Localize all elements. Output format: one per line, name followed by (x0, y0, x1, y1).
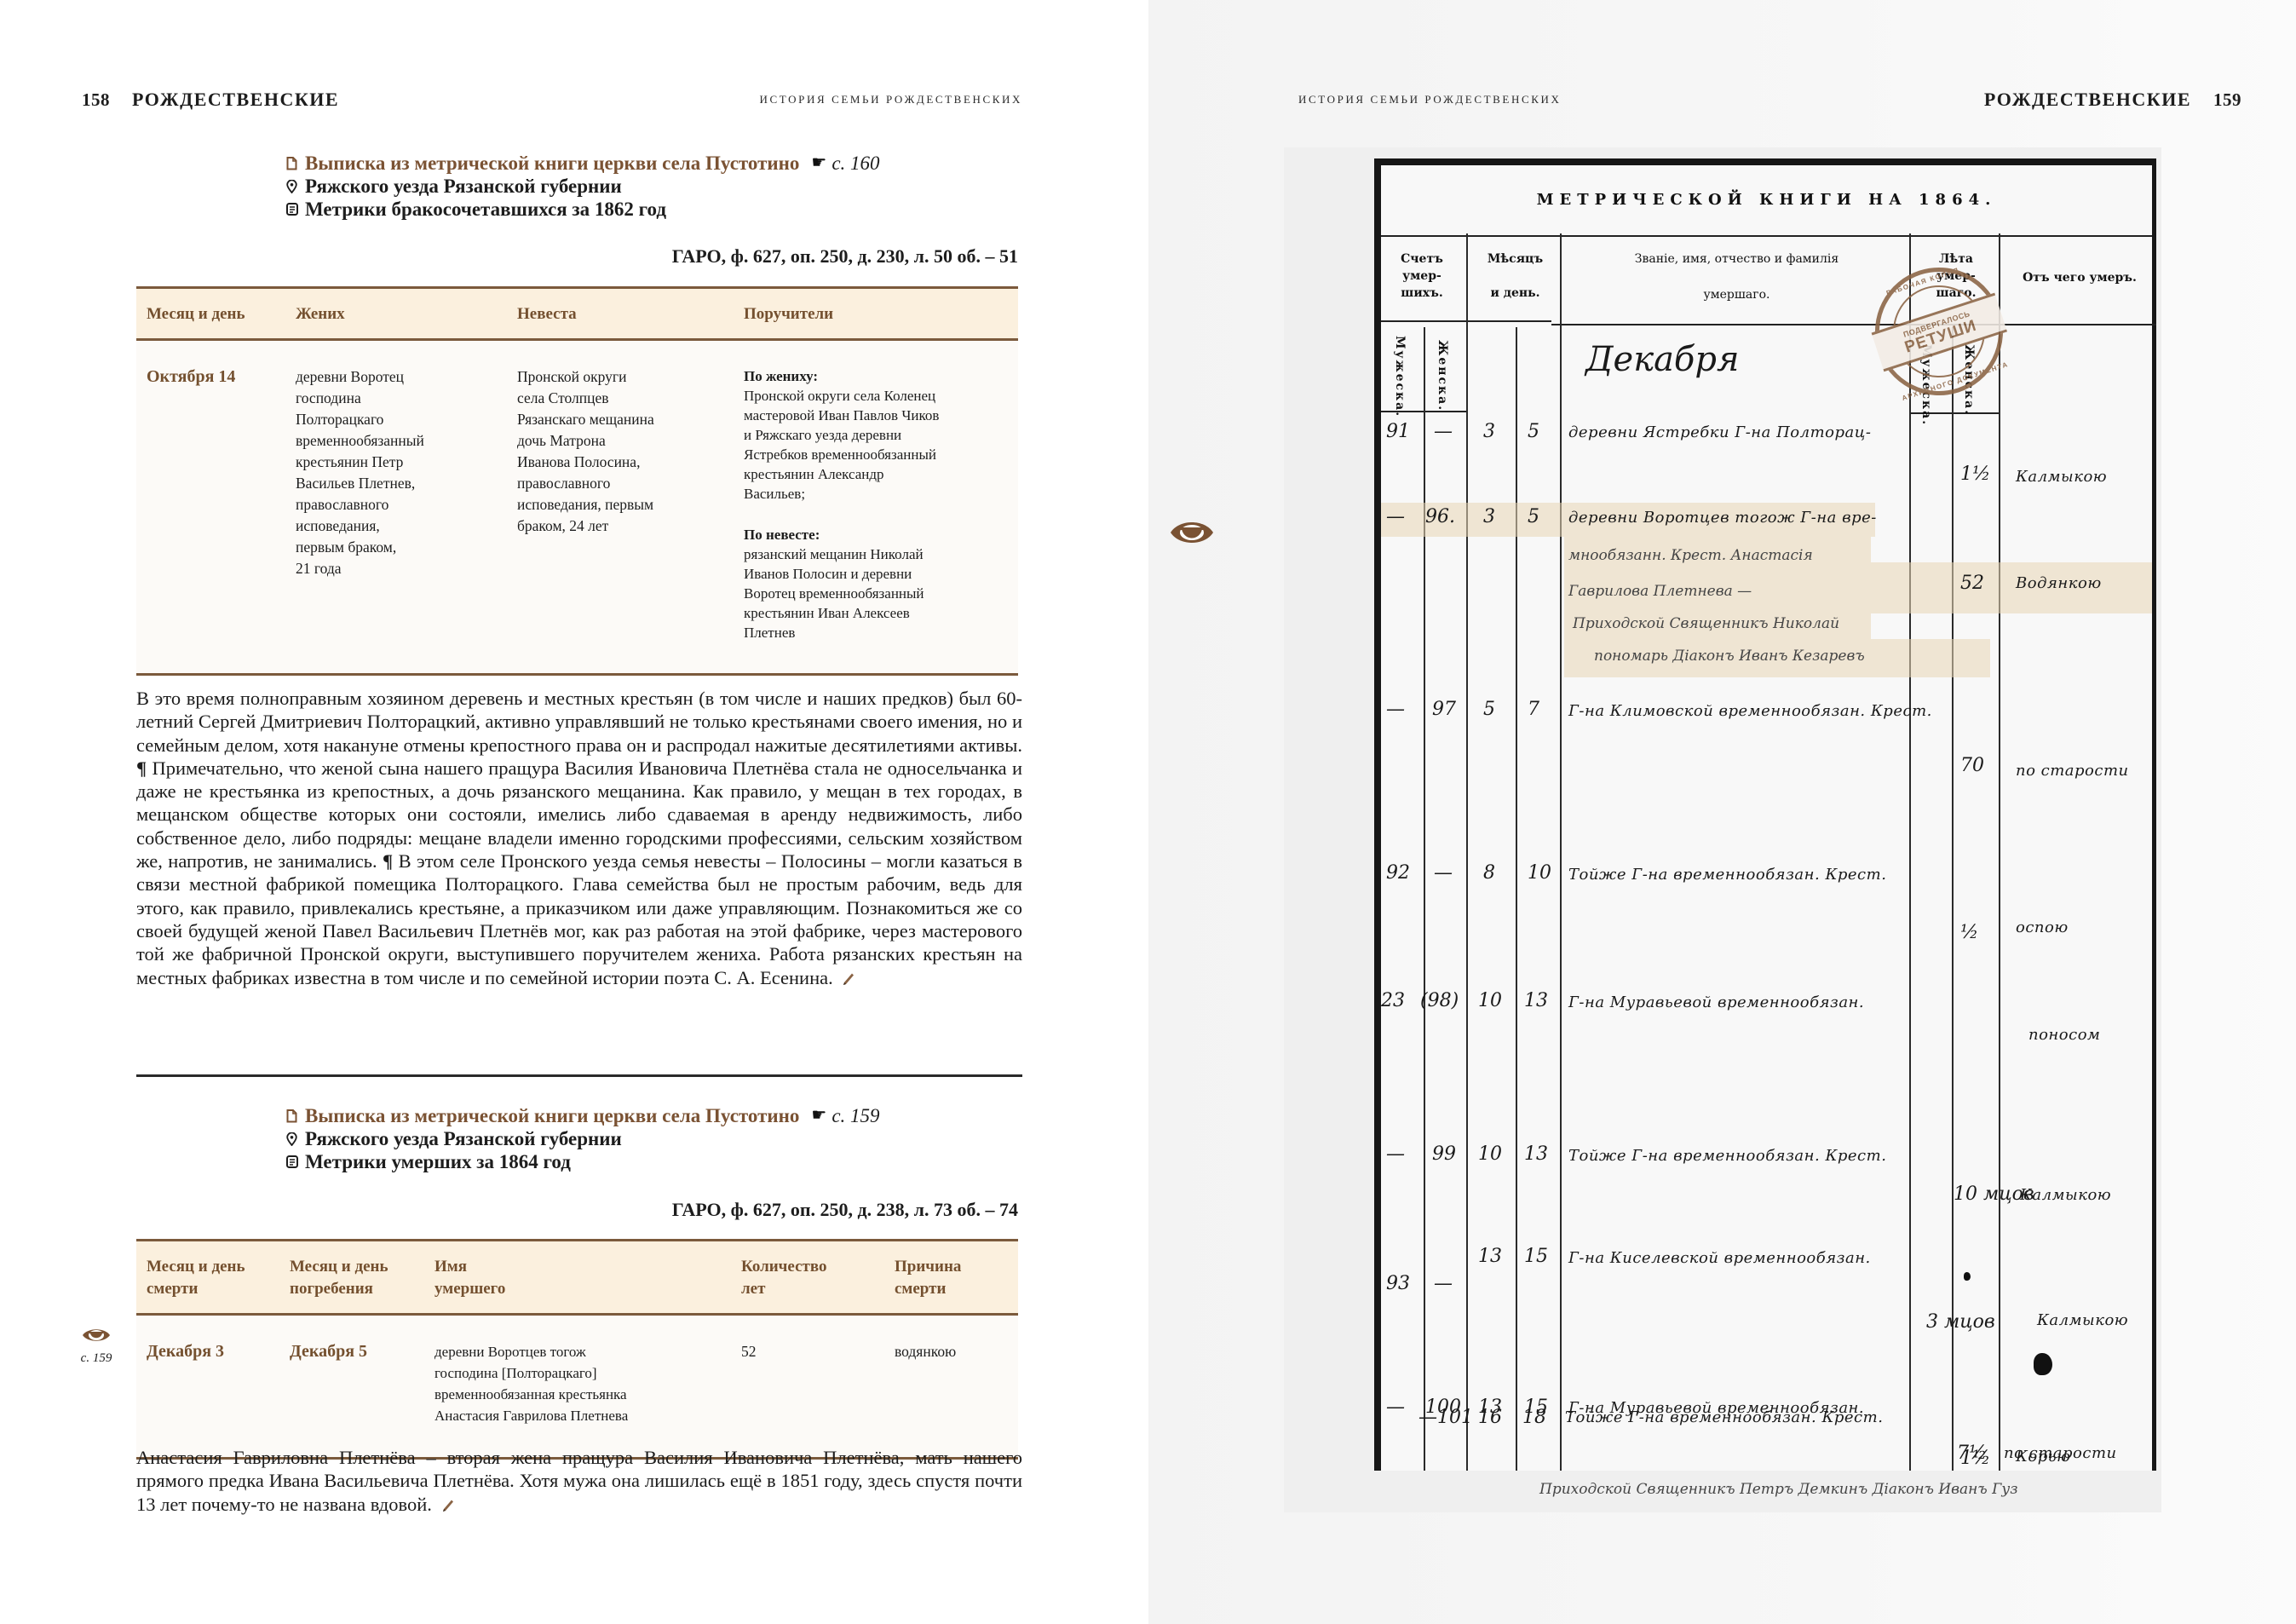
location-pin-icon (285, 179, 298, 193)
column-header: Месяц и день (136, 288, 285, 340)
column-header: Поручители (734, 288, 1018, 340)
pilcrow-mark: ¶ (136, 757, 147, 779)
bride-cell: Пронской округи села Столпцев Рязанскаго… (507, 340, 734, 675)
pointing-hand-icon: ☛ (811, 152, 826, 175)
table-row: Декабря 3 Декабря 5 деревни Воротцев тог… (136, 1315, 1018, 1459)
margin-note[interactable]: с. 159 (75, 1326, 118, 1366)
pointing-hand-icon: ☛ (811, 1104, 826, 1127)
excerpt-heading-1: Выписка из метрической книги церкви села… (285, 152, 1018, 221)
excerpt-title: Выписка из метрической книги церкви села… (305, 152, 799, 175)
register-subcolumn: Женска. (1436, 340, 1449, 412)
register-column-header: Счетъумер-шихъ. (1388, 251, 1456, 302)
handwritten-month: Декабря (1585, 340, 1739, 379)
register-icon (285, 202, 298, 216)
eye-icon (82, 1326, 111, 1345)
excerpt-title: Выписка из метрической книги церкви села… (305, 1104, 799, 1127)
running-title: РОЖДЕСТВЕНСКИЕ (132, 89, 339, 111)
guarantors-cell: По жениху: Пронской округи села Коленец … (734, 340, 1018, 675)
margin-page-ref: с. 159 (75, 1351, 118, 1366)
column-header: Жених (285, 288, 507, 340)
pencil-icon (442, 1494, 454, 1508)
archive-reference-2: ГАРО, ф. 627, оп. 250, д. 238, л. 73 об.… (672, 1199, 1018, 1221)
document-icon (285, 156, 298, 170)
running-header-left: 158 РОЖДЕСТВЕНСКИЕ (82, 89, 339, 111)
location-pin-icon (285, 1132, 298, 1146)
marriage-record-table: Месяц и день Жених Невеста Поручители Ок… (136, 286, 1018, 676)
column-header: Невеста (507, 288, 734, 340)
register-icon (285, 1155, 298, 1169)
body-paragraph-2: Анастасия Гавриловна Плетнёва – вторая ж… (136, 1446, 1022, 1516)
burial-date: Декабря 5 (279, 1315, 424, 1459)
excerpt-heading-2: Выписка из метрической книги церкви села… (285, 1104, 1018, 1173)
column-header: Месяц и деньсмерти (136, 1241, 279, 1315)
register-column-header: Отъ чего умеръ. (2007, 269, 2152, 286)
running-title: РОЖДЕСТВЕНСКИЕ (1984, 89, 2191, 111)
book-spread: 158 РОЖДЕСТВЕНСКИЕ ИСТОРИЯ СЕМЬИ РОЖДЕСТ… (0, 0, 2296, 1624)
death-date: Декабря 3 (136, 1315, 279, 1459)
register-column-header: Званіе, имя, отчество и фамиліяумершаго. (1573, 251, 1901, 303)
register-page: МЕТРИЧЕСКОЙ КНИГИ НА 1864. Счетъумер-ших… (1374, 158, 2156, 1471)
register-scan-image: МЕТРИЧЕСКОЙ КНИГИ НА 1864. Счетъумер-ших… (1284, 147, 2161, 1512)
ink-blot (1964, 1272, 1971, 1281)
page-number: 158 (82, 89, 110, 111)
register-column-header: Мѣсяцъи день. (1475, 251, 1556, 302)
running-header-right: РОЖДЕСТВЕНСКИЕ 159 (1984, 89, 2241, 111)
pencil-icon (843, 968, 855, 982)
column-header: Месяц и деньпогребения (279, 1241, 424, 1315)
excerpt-location: Ряжского уезда Рязанской губернии (305, 175, 622, 198)
cross-reference-link[interactable]: ☛ с. 159 (811, 1104, 879, 1127)
column-header: Имяумершего (424, 1241, 731, 1315)
left-page: 158 РОЖДЕСТВЕНСКИЕ ИСТОРИЯ СЕМЬИ РОЖДЕСТ… (0, 0, 1148, 1624)
table-row: Октября 14 деревни Воротец господина Пол… (136, 340, 1018, 675)
table-header-row: Месяц и деньсмерти Месяц и деньпогребени… (136, 1241, 1018, 1315)
page-number: 159 (2213, 89, 2241, 111)
register-title: МЕТРИЧЕСКОЙ КНИГИ НА 1864. (1381, 191, 2152, 209)
running-subtitle: ИСТОРИЯ СЕМЬИ РОЖДЕСТВЕНСКИХ (760, 93, 1022, 107)
ink-blot (2034, 1353, 2052, 1375)
eye-icon[interactable] (1169, 516, 1215, 549)
highlight-band (1871, 562, 2152, 613)
table-header-row: Месяц и день Жених Невеста Поручители (136, 288, 1018, 340)
page-ref: с. 160 (832, 152, 879, 175)
cause-of-death-cell: водянкою (884, 1315, 1018, 1459)
guarantors-bride-label: По невесте: (744, 525, 1008, 544)
deceased-name-cell: деревни Воротцев тогож господина [Полтор… (424, 1315, 731, 1459)
register-subcolumn: Мужеска. (1393, 336, 1407, 418)
marriage-date: Октября 14 (136, 340, 285, 675)
excerpt-location: Ряжского уезда Рязанской губернии (305, 1127, 622, 1150)
archive-reference-1: ГАРО, ф. 627, оп. 250, д. 230, л. 50 об.… (672, 245, 1018, 268)
document-icon (285, 1109, 298, 1123)
age-cell: 52 (731, 1315, 884, 1459)
running-subtitle: ИСТОРИЯ СЕМЬИ РОЖДЕСТВЕНСКИХ (1298, 93, 1561, 107)
groom-cell: деревни Воротец господина Полторацкаго в… (285, 340, 507, 675)
excerpt-register: Метрики умерших за 1864 год (305, 1150, 571, 1173)
guarantors-groom-label: По жениху: (744, 366, 1008, 386)
excerpt-register: Метрики бракосочетавшихся за 1862 год (305, 198, 666, 221)
cross-reference-link[interactable]: ☛ с. 160 (811, 152, 879, 175)
right-page: ИСТОРИЯ СЕМЬИ РОЖДЕСТВЕНСКИХ РОЖДЕСТВЕНС… (1148, 0, 2296, 1624)
column-header: Причинасмерти (884, 1241, 1018, 1315)
page-ref: с. 159 (832, 1104, 879, 1127)
death-record-table: Месяц и деньсмерти Месяц и деньпогребени… (136, 1239, 1018, 1460)
section-divider (136, 1074, 1022, 1077)
pilcrow-mark: ¶ (383, 850, 393, 872)
body-paragraph-1: В это время полноправным хозяином дереве… (136, 687, 1022, 989)
column-header: Количестволет (731, 1241, 884, 1315)
